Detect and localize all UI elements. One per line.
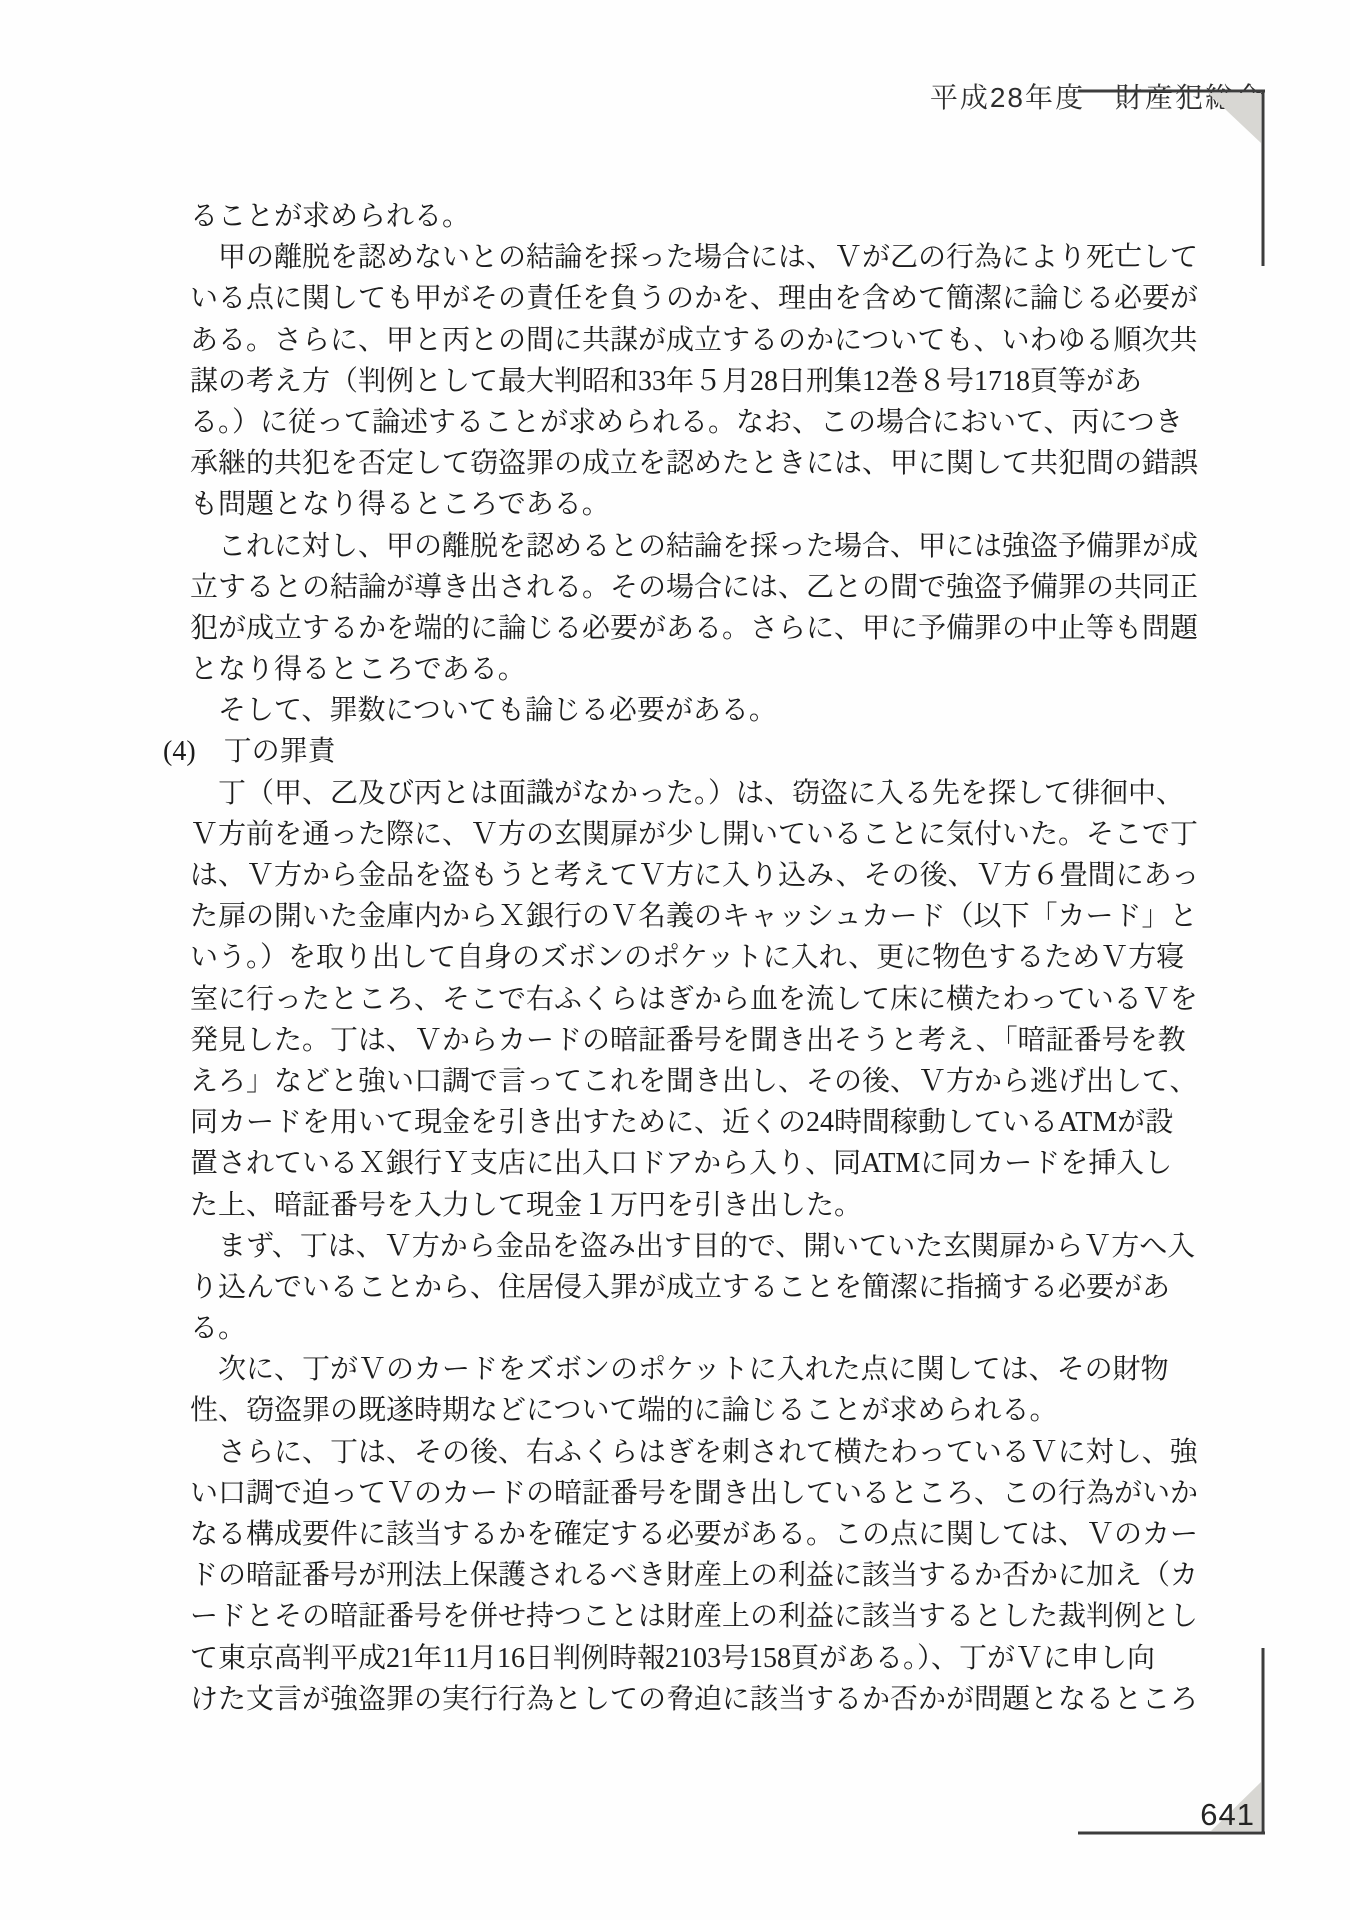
text-line: Ｖ方前を通った際に、Ｖ方の玄関扉が少し開いていることに気付いた。そこで丁 bbox=[190, 814, 1290, 855]
book-page: 平成28年度 財産犯総合 ることが求められる。 甲の離脱を認めないとの結論を採っ… bbox=[0, 0, 1350, 1920]
text-line: ある。さらに、甲と丙との間に共謀が成立するのかについても、いわゆる順次共 bbox=[190, 320, 1290, 361]
text-line: これに対し、甲の離脱を認めるとの結論を採った場合、甲には強盗予備罪が成 bbox=[190, 526, 1290, 567]
body-text-block: ることが求められる。 甲の離脱を認めないとの結論を採った場合には、Ｖが乙の行為に… bbox=[190, 196, 1290, 1720]
text-line: も問題となり得るところである。 bbox=[190, 484, 1290, 525]
text-line: は、Ｖ方から金品を盗もうと考えてＶ方に入り込み、その後、Ｖ方６畳間にあっ bbox=[190, 855, 1290, 896]
page-number: 641 bbox=[0, 1797, 1255, 1833]
text-line: 立するとの結論が導き出される。その場合には、乙との間で強盗予備罪の共同正 bbox=[190, 567, 1290, 608]
running-header: 平成28年度 財産犯総合 bbox=[0, 44, 1265, 148]
section-heading-4: (4) 丁の罪責 bbox=[163, 731, 1290, 772]
text-line: さらに、丁は、その後、右ふくらはぎを刺されて横たわっているＶに対し、強 bbox=[190, 1432, 1290, 1473]
text-line: 次に、丁がＶのカードをズボンのポケットに入れた点に関しては、その財物 bbox=[190, 1349, 1290, 1390]
text-line: て東京高判平成21年11月16日判例時報2103号158頁がある。）、丁がＶに申… bbox=[190, 1638, 1290, 1679]
text-line: る。 bbox=[190, 1308, 1290, 1349]
text-line: 謀の考え方（判例として最大判昭和33年５月28日刑集12巻８号1718頁等があ bbox=[190, 361, 1290, 402]
text-line: た上、暗証番号を入力して現金１万円を引き出した。 bbox=[190, 1185, 1290, 1226]
text-line: り込んでいることから、住居侵入罪が成立することを簡潔に指摘する必要があ bbox=[190, 1267, 1290, 1308]
text-line: 発見した。丁は、Ｖからカードの暗証番号を聞き出そうと考え、「暗証番号を教 bbox=[190, 1020, 1290, 1061]
text-line: 犯が成立するかを端的に論じる必要がある。さらに、甲に予備罪の中止等も問題 bbox=[190, 608, 1290, 649]
text-line: 室に行ったところ、そこで右ふくらはぎから血を流して床に横たわっているＶを bbox=[190, 979, 1290, 1020]
text-line: い口調で迫ってＶのカードの暗証番号を聞き出しているところ、この行為がいか bbox=[190, 1473, 1290, 1514]
text-line: 甲の離脱を認めないとの結論を採った場合には、Ｖが乙の行為により死亡して bbox=[190, 237, 1290, 278]
text-line: そして、罪数についても論じる必要がある。 bbox=[190, 690, 1290, 731]
text-line: なる構成要件に該当するかを確定する必要がある。この点に関しては、Ｖのカー bbox=[190, 1514, 1290, 1555]
text-line: る。）に従って論述することが求められる。なお、この場合において、丙につき bbox=[190, 402, 1290, 443]
text-line: 承継的共犯を否定して窃盗罪の成立を認めたときには、甲に関して共犯間の錯誤 bbox=[190, 443, 1290, 484]
text-line: 丁（甲、乙及び丙とは面識がなかった。）は、窃盗に入る先を探して徘徊中、 bbox=[190, 773, 1290, 814]
running-header-title: 平成28年度 財産犯総合 bbox=[930, 82, 1265, 113]
text-line: ドの暗証番号が刑法上保護されるべき財産上の利益に該当するか否かに加え（カ bbox=[190, 1555, 1290, 1596]
text-line: となり得るところである。 bbox=[190, 649, 1290, 690]
text-line: 同カードを用いて現金を引き出すために、近くの24時間稼動しているATMが設 bbox=[190, 1102, 1290, 1143]
text-line: た扉の開いた金庫内からＸ銀行のＶ名義のキャッシュカード（以下「カード」と bbox=[190, 896, 1290, 937]
text-line: 置されているＸ銀行Ｙ支店に出入口ドアから入り、同ATMに同カードを挿入し bbox=[190, 1143, 1290, 1184]
text-line: いる点に関しても甲がその責任を負うのかを、理由を含めて簡潔に論じる必要が bbox=[190, 278, 1290, 319]
text-line: ることが求められる。 bbox=[190, 196, 1290, 237]
text-line: まず、丁は、Ｖ方から金品を盗み出す目的で、開いていた玄関扉からＶ方へ入 bbox=[190, 1226, 1290, 1267]
text-line: えろ」などと強い口調で言ってこれを聞き出し、その後、Ｖ方から逃げ出して、 bbox=[190, 1061, 1290, 1102]
text-line: けた文言が強盗罪の実行行為としての脅迫に該当するか否かが問題となるところ bbox=[190, 1679, 1290, 1720]
text-line: いう。）を取り出して自身のズボンのポケットに入れ、更に物色するためＶ方寝 bbox=[190, 937, 1290, 978]
text-line: ードとその暗証番号を併せ持つことは財産上の利益に該当するとした裁判例とし bbox=[190, 1596, 1290, 1637]
text-line: 性、窃盗罪の既遂時期などについて端的に論じることが求められる。 bbox=[190, 1390, 1290, 1431]
